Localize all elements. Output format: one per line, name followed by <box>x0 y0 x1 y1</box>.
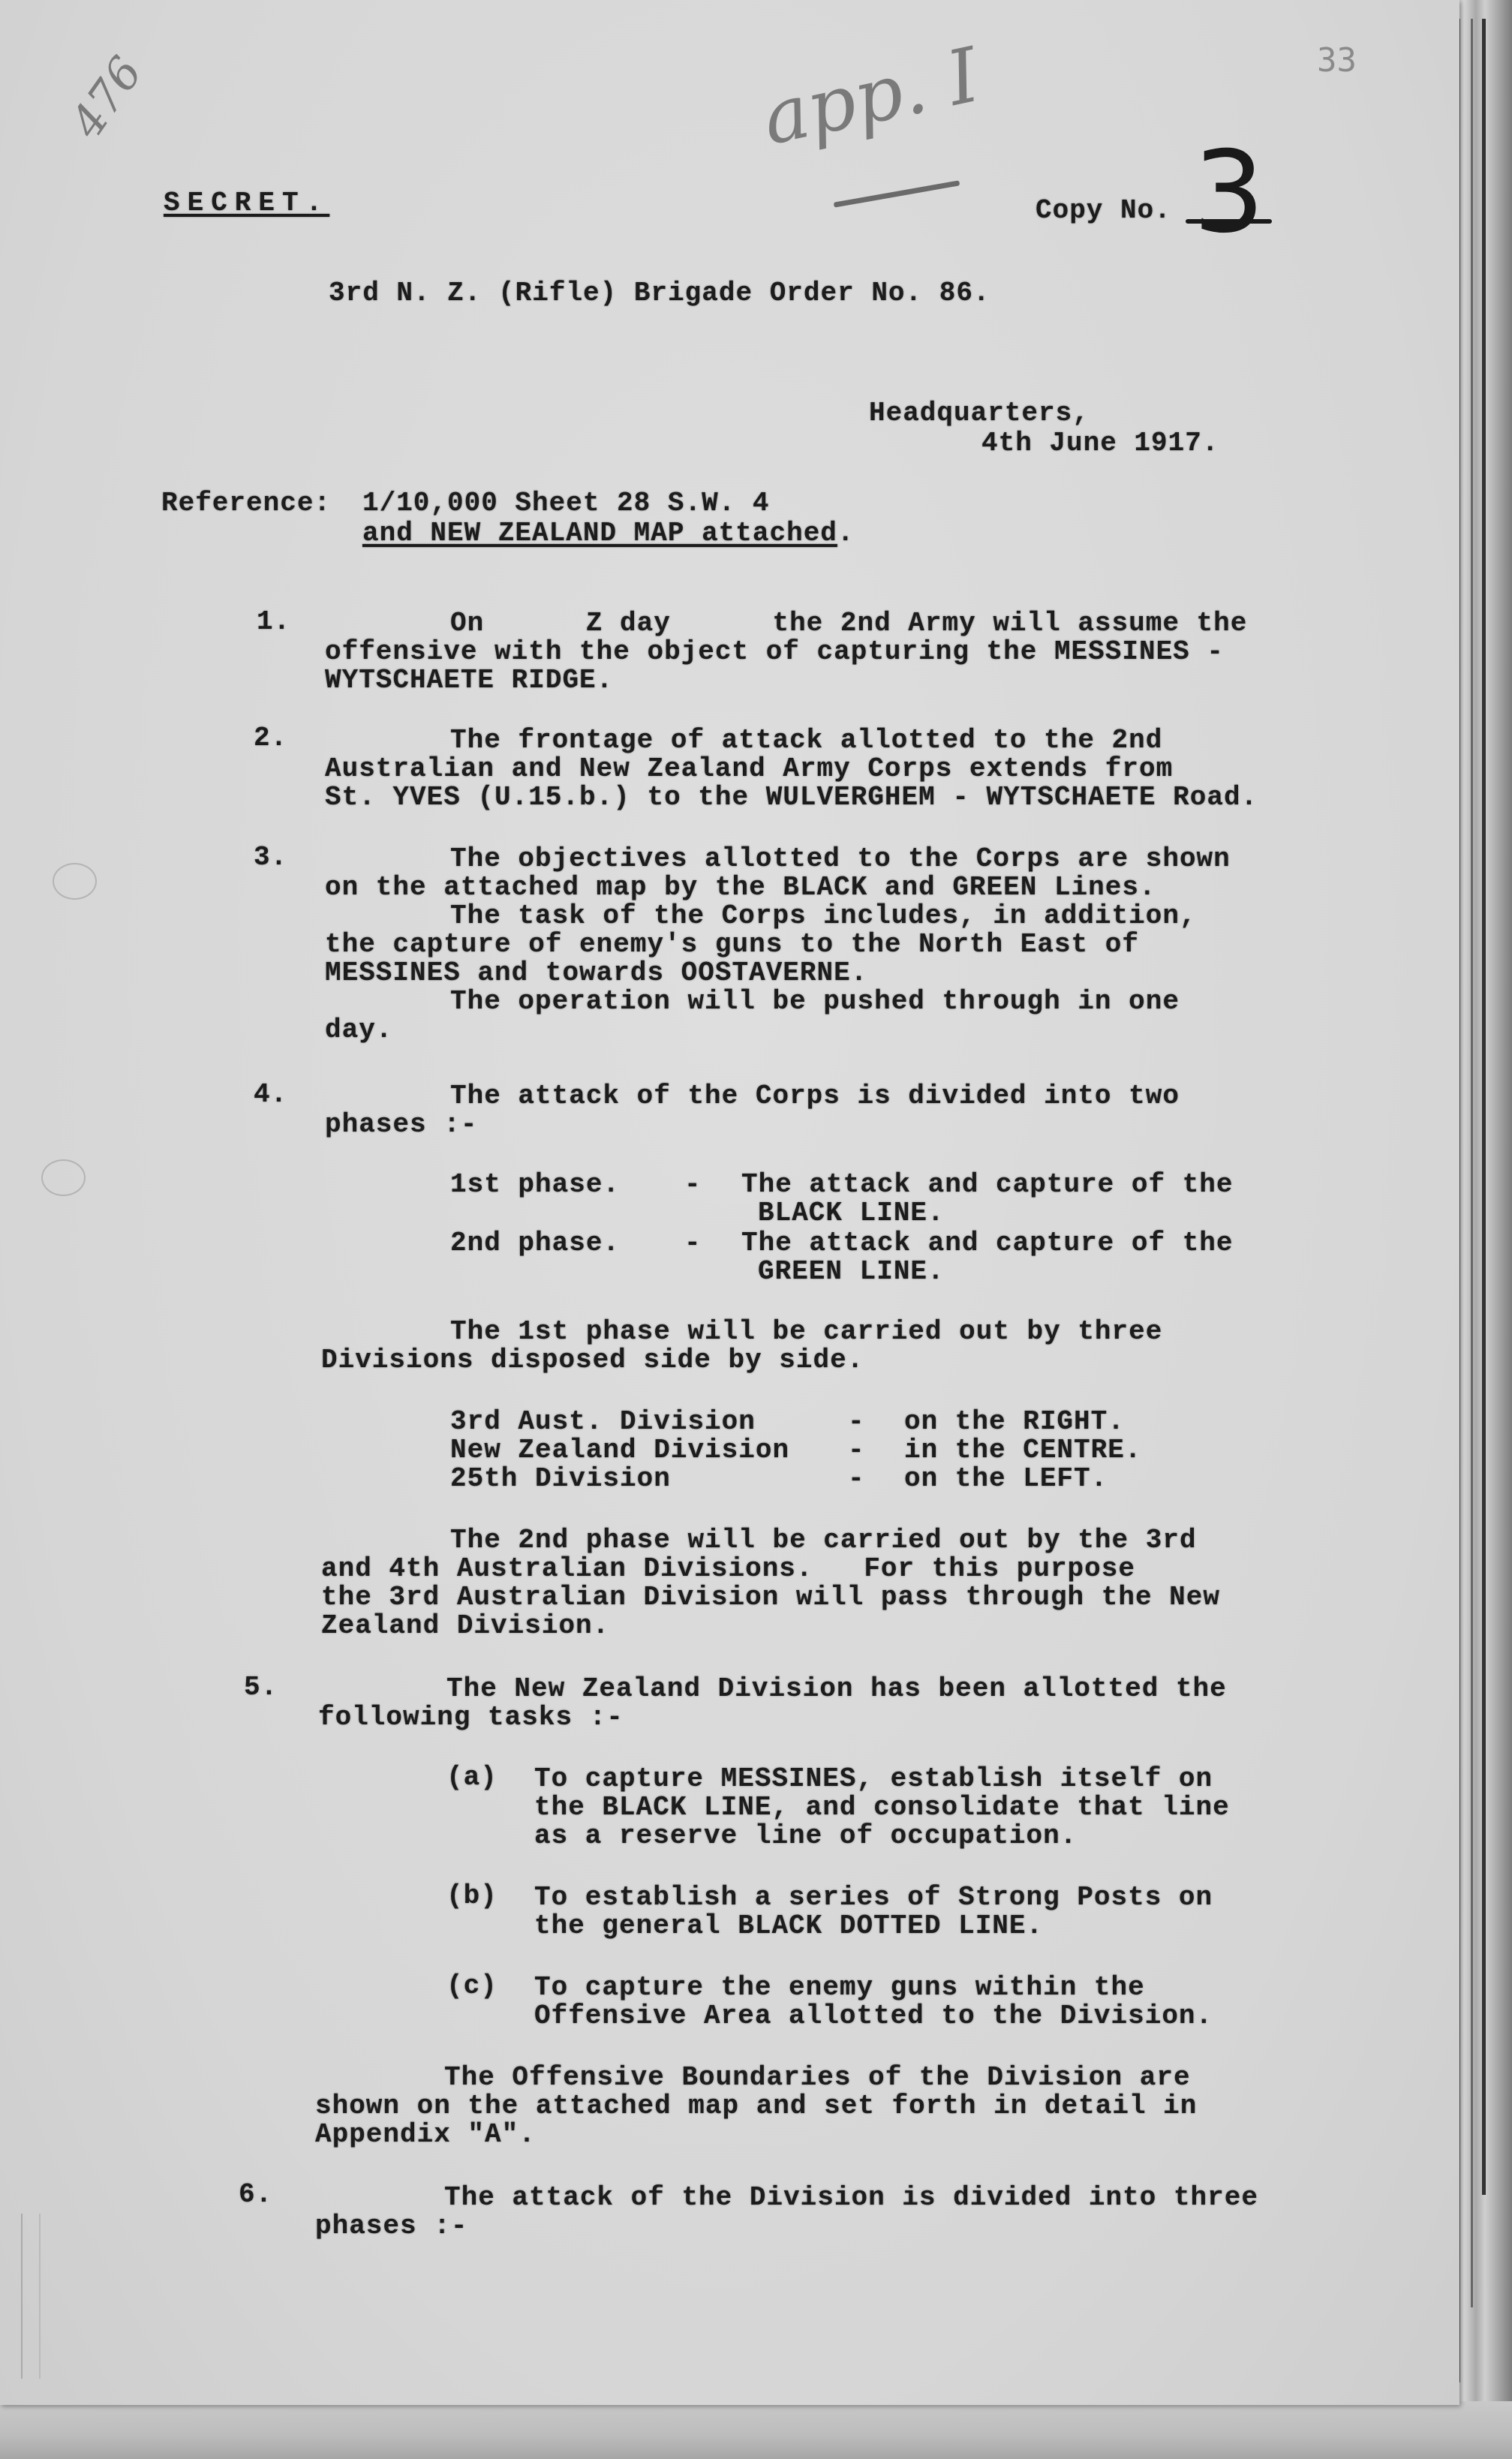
copy-number-handwritten: 3 <box>1193 128 1264 258</box>
task-line: Offensive Area allotted to the Division. <box>534 2002 1213 2031</box>
division-dash: - <box>848 1465 865 1493</box>
paragraph-number: 1. <box>257 608 290 636</box>
division-position: in the CENTRE. <box>904 1436 1141 1465</box>
copy-number-underline <box>1186 219 1272 224</box>
task-line: To establish a series of Strong Posts on <box>534 1883 1213 1912</box>
page-stack-bottom <box>0 2401 1512 2459</box>
paragraph-2-line: St. YVES (U.15.b.) to the WULVERGHEM - W… <box>325 783 1258 812</box>
phase-description: The attack and capture of the <box>741 1171 1234 1199</box>
order-date: 4th June 1917. <box>981 429 1219 458</box>
paragraph-4-line: The 1st phase will be carried out by thr… <box>450 1318 1162 1346</box>
paragraph-1-line: WYTSCHAETE RIDGE. <box>325 666 613 695</box>
paragraph-2-line: Australian and New Zealand Army Corps ex… <box>325 755 1173 783</box>
paragraph-5-line: The New Zealand Division has been allott… <box>446 1675 1227 1703</box>
task-line: To capture the enemy guns within the <box>534 1974 1145 2002</box>
paragraph-3-line: The task of the Corps includes, in addit… <box>450 902 1197 930</box>
phase-objective: GREEN LINE. <box>758 1258 945 1286</box>
paragraph-1-line: On Z day the 2nd Army will assume the <box>450 609 1247 638</box>
paragraph-number: 4. <box>254 1081 287 1109</box>
folio-number: 476 <box>61 47 153 148</box>
paragraph-2-line: The frontage of attack allotted to the 2… <box>450 726 1162 755</box>
paragraph-6-line: phases :- <box>315 2212 467 2241</box>
punch-hole-mark <box>53 863 97 900</box>
paragraph-3-line: day. <box>325 1016 392 1045</box>
division-dash: - <box>848 1408 865 1436</box>
paragraph-4-line: and 4th Australian Divisions. For this p… <box>321 1555 1135 1583</box>
division-dash: - <box>848 1436 865 1465</box>
document-page: 476 app. I 33 3 SECRET. Copy No. 3rd N. … <box>0 0 1459 2405</box>
paragraph-5-line: shown on the attached map and set forth … <box>315 2092 1197 2121</box>
paragraph-3-line: The objectives allotted to the Corps are… <box>450 845 1231 873</box>
division-position: on the LEFT. <box>904 1465 1108 1493</box>
paragraph-number: 3. <box>254 843 287 872</box>
paragraph-5-line: following tasks :- <box>318 1703 624 1732</box>
division-name: 3rd Aust. Division <box>450 1408 756 1436</box>
reference-period: . <box>837 518 855 549</box>
phase-label: 1st phase. <box>450 1171 620 1199</box>
page-edge-line <box>1482 19 1486 2195</box>
task-line: as a reserve line of occupation. <box>534 1822 1077 1850</box>
paragraph-1-line: offensive with the object of capturing t… <box>325 638 1224 666</box>
hq-location: Headquarters, <box>869 399 1090 428</box>
paragraph-4-line: Zealand Division. <box>321 1612 609 1640</box>
phase-description: The attack and capture of the <box>741 1229 1234 1258</box>
classification-label: SECRET. <box>164 189 329 218</box>
paragraph-3-line: the capture of enemy's guns to the North… <box>325 930 1139 959</box>
task-label: (a) <box>446 1763 497 1792</box>
pencil-stroke <box>834 180 960 207</box>
reference-label: Reference: <box>161 489 331 518</box>
division-name: New Zealand Division <box>450 1436 789 1465</box>
paragraph-number: 5. <box>244 1673 278 1702</box>
paragraph-4-line: phases :- <box>325 1111 477 1139</box>
appendix-mark: app. I <box>755 31 987 162</box>
paragraph-3-line: MESSINES and towards OOSTAVERNE. <box>325 959 867 988</box>
reference-line-2: and NEW ZEALAND MAP attached <box>362 518 837 549</box>
paragraph-4-line: Divisions disposed side by side. <box>321 1346 864 1375</box>
task-line: the general BLACK DOTTED LINE. <box>534 1912 1043 1940</box>
paragraph-4-line: The 2nd phase will be carried out by the… <box>450 1526 1197 1555</box>
page-number: 33 <box>1317 41 1357 80</box>
paper-fold <box>21 2214 41 2379</box>
task-label: (b) <box>446 1882 497 1910</box>
copy-label: Copy No. <box>1036 197 1171 225</box>
phase-label: 2nd phase. <box>450 1229 620 1258</box>
paragraph-6-line: The attack of the Division is divided in… <box>444 2184 1258 2212</box>
order-title: 3rd N. Z. (Rifle) Brigade Order No. 86. <box>329 279 990 308</box>
task-line: To capture MESSINES, establish itself on <box>534 1765 1213 1793</box>
division-name: 25th Division <box>450 1465 671 1493</box>
task-label: (c) <box>446 1972 497 2001</box>
phase-dash: - <box>684 1229 702 1258</box>
paragraph-number: 2. <box>254 724 287 753</box>
paragraph-3-line: The operation will be pushed through in … <box>450 988 1180 1016</box>
reference-line-1: 1/10,000 Sheet 28 S.W. 4 <box>362 489 769 518</box>
task-line: the BLACK LINE, and consolidate that lin… <box>534 1793 1230 1822</box>
paragraph-4-line: The attack of the Corps is divided into … <box>450 1082 1180 1111</box>
phase-objective: BLACK LINE. <box>758 1199 945 1228</box>
phase-dash: - <box>684 1171 702 1199</box>
paragraph-4-line: the 3rd Australian Division will pass th… <box>321 1583 1220 1612</box>
paragraph-number: 6. <box>239 2181 272 2209</box>
paragraph-5-line: Appendix "A". <box>315 2121 536 2149</box>
paragraph-5-line: The Offensive Boundaries of the Division… <box>444 2064 1191 2092</box>
page-edge-line <box>1471 19 1473 2307</box>
paragraph-3-line: on the attached map by the BLACK and GRE… <box>325 873 1156 902</box>
punch-hole-mark <box>41 1159 86 1196</box>
page-stack-edge <box>1452 0 1512 2459</box>
division-position: on the RIGHT. <box>904 1408 1125 1436</box>
